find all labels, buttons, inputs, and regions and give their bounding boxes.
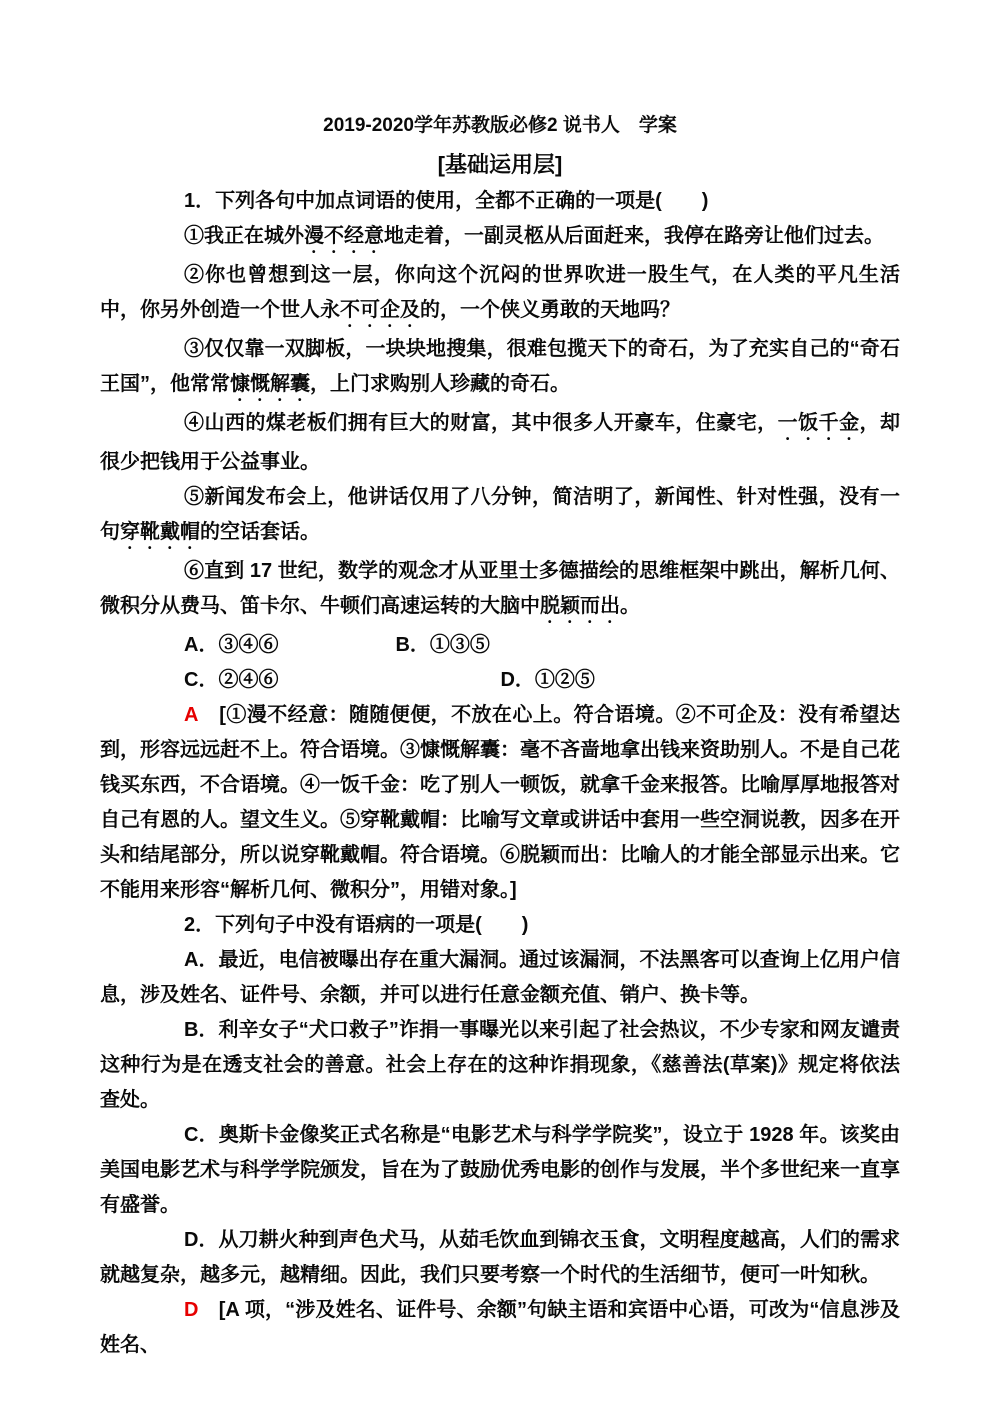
doc-title: 2019-2020学年苏教版必修2 说书人 学案 xyxy=(100,112,900,140)
option-d: D．①②⑤ xyxy=(500,669,594,691)
text-run: C．奥斯卡金像奖正式名称是“电影艺术与科学学院奖”，设立于 1928 年。该奖由… xyxy=(100,1124,900,1216)
text-run: 。 xyxy=(620,595,640,617)
text-run: [A 项，“涉及姓名、证件号、余额”句缺主语和宾语中心语，可改为“信息涉及姓名、 xyxy=(100,1299,900,1356)
sentence-5: ⑤新闻发布会上，他讲话仅用了八分钟，简洁明了，新闻性、针对性强，没有一句穿靴戴帽… xyxy=(100,480,900,554)
option-c: C．②④⑥ xyxy=(184,669,278,691)
emphasized-word: 一饭千金 xyxy=(778,412,860,434)
answer-1: A [①漫不经意：随随便便，不放在心上。符合语境。②不可企及：没有希望达到，形容… xyxy=(100,698,900,908)
text-run: B．利辛女子“犬口救子”诈捐一事曝光以来引起了社会热议，不少专家和网友谴责这种行… xyxy=(100,1019,900,1111)
sentence-4: ④山西的煤老板们拥有巨大的财富，其中很多人开豪车，住豪宅，一饭千金，却很少把钱用… xyxy=(100,406,900,480)
question-1: 1．下列各句中加点词语的使用，全都不正确的一项是( ) xyxy=(100,184,900,219)
text-run: D．从刀耕火种到声色犬马，从茹毛饮血到锦衣玉食，文明程度越高，人们的需求就越复杂… xyxy=(100,1229,900,1286)
answer-letter: D xyxy=(184,1299,198,1321)
emphasized-word: 穿靴戴帽 xyxy=(120,521,200,543)
text-run: ④山西的煤老板们拥有巨大的财富，其中很多人开豪车，住豪宅， xyxy=(184,412,778,434)
text-run: 地走着，一副灵柩从后面赶来，我停在路旁让他们过去。 xyxy=(384,225,884,247)
text-run: 1．下列各句中加点词语的使用，全都不正确的一项是( ) xyxy=(184,190,708,212)
text-run: A．最近，电信被曝出存在重大漏洞。通过该漏洞，不法黑客可以查询上亿用户信息，涉及… xyxy=(100,949,900,1006)
question-2-option-c: C．奥斯卡金像奖正式名称是“电影艺术与科学学院奖”，设立于 1928 年。该奖由… xyxy=(100,1118,900,1223)
emphasized-word: 脱颖而出 xyxy=(540,595,620,617)
sentence-2: ②你也曾想到这一层，你向这个沉闷的世界吹进一股生气，在人类的平凡生活中，你另外创… xyxy=(100,258,900,332)
option-a: A．③④⑥ xyxy=(184,634,278,656)
question-2: 2．下列句子中没有语病的一项是( ) xyxy=(100,908,900,943)
answer-letter: A xyxy=(184,704,198,726)
sentence-6: ⑥直到 17 世纪，数学的观念才从亚里士多德描绘的思维框架中跳出，解析几何、微积… xyxy=(100,554,900,628)
sentence-1: ①我正在城外漫不经意地走着，一副灵柩从后面赶来，我停在路旁让他们过去。 xyxy=(100,219,900,258)
option-b: B．①③⑤ xyxy=(395,634,489,656)
text-run: ，上门求购别人珍藏的奇石。 xyxy=(310,373,570,395)
text-run: ①我正在城外 xyxy=(184,225,304,247)
text-run: ⑥直到 17 世纪，数学的观念才从亚里士多德描绘的思维框架中跳出，解析几何、微积… xyxy=(100,560,900,617)
options-row-1: A．③④⑥B．①③⑤ xyxy=(100,628,900,663)
section-header: [基础运用层] xyxy=(100,148,900,182)
text-run: [①漫不经意：随随便便，不放在心上。符合语境。②不可企及：没有希望达到，形容远远… xyxy=(100,704,900,901)
text-run: 的，一个侠义勇敢的天地吗？ xyxy=(420,299,680,321)
emphasized-word: 不可企及 xyxy=(340,299,420,321)
sentence-3: ③仅仅靠一双脚板，一块块地搜集，很难包揽天下的奇石，为了充实自己的“奇石王国”，… xyxy=(100,332,900,406)
text-run: 2．下列句子中没有语病的一项是( ) xyxy=(184,914,528,936)
question-2-option-d: D．从刀耕火种到声色犬马，从茹毛饮血到锦衣玉食，文明程度越高，人们的需求就越复杂… xyxy=(100,1223,900,1293)
options-row-2: C．②④⑥D．①②⑤ xyxy=(100,663,900,698)
text-run: 的空话套话。 xyxy=(200,521,320,543)
question-2-option-b: B．利辛女子“犬口救子”诈捐一事曝光以来引起了社会热议，不少专家和网友谴责这种行… xyxy=(100,1013,900,1118)
emphasized-word: 漫不经意 xyxy=(304,225,384,247)
emphasized-word: 慷慨解囊 xyxy=(230,373,310,395)
document-page: 2019-2020学年苏教版必修2 说书人 学案[基础运用层]1．下列各句中加点… xyxy=(0,0,1000,1414)
question-2-option-a: A．最近，电信被曝出存在重大漏洞。通过该漏洞，不法黑客可以查询上亿用户信息，涉及… xyxy=(100,943,900,1013)
document-content: 2019-2020学年苏教版必修2 说书人 学案[基础运用层]1．下列各句中加点… xyxy=(0,0,1000,1363)
answer-2: D [A 项，“涉及姓名、证件号、余额”句缺主语和宾语中心语，可改为“信息涉及姓… xyxy=(100,1293,900,1363)
